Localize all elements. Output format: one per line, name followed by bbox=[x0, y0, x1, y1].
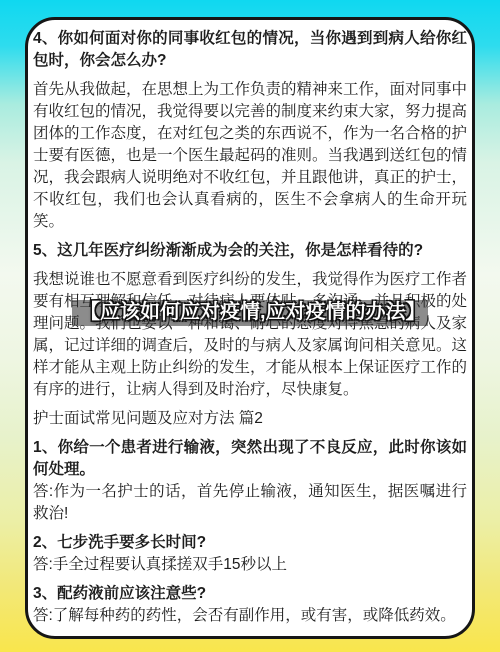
question-3-answer: 答:了解每种药的药性，会否有副作用，或有害，或降低药效。 bbox=[33, 605, 467, 627]
question-2-answer: 答:手全过程要认真揉搓双手15秒以上 bbox=[33, 554, 467, 576]
watermark-text: 【应该如何应对疫情,应对疫情的办法】 bbox=[80, 301, 426, 323]
question-3-title: 3、配药液前应该注意些? bbox=[33, 583, 467, 605]
page-background: 4、你如何面对你的同事收红包的情况，当你遇到到病人给你红包时，你会怎么办? 首先… bbox=[0, 0, 500, 652]
question-4-answer: 首先从我做起，在思想上为工作负责的精神来工作，面对同事中有收红包的情况，我觉得要… bbox=[33, 79, 467, 233]
question-4-title: 4、你如何面对你的同事收红包的情况，当你遇到到病人给你红包时，你会怎么办? bbox=[33, 28, 467, 72]
question-2-title: 2、七步洗手要多长时间? bbox=[33, 532, 467, 554]
watermark-overlay: 【应该如何应对疫情,应对疫情的办法】 bbox=[72, 300, 428, 326]
content-card: 4、你如何面对你的同事收红包的情况，当你遇到到病人给你红包时，你会怎么办? 首先… bbox=[25, 17, 475, 639]
question-5-answer: 我想说谁也不愿意看到医疗纠纷的发生，我觉得作为医疗工作者要有相互理解和信任，对待… bbox=[33, 269, 467, 401]
question-5-title: 5、这几年医疗纠纷渐渐成为会的关注，你是怎样看待的? bbox=[33, 240, 467, 262]
question-1-answer: 答:作为一名护士的话，首先停止输液，通知医生，据医嘱进行救治! bbox=[33, 481, 467, 525]
question-1-title: 1、你给一个患者进行输液，突然出现了不良反应，此时你该如何处理。 bbox=[33, 437, 467, 481]
part2-heading: 护士面试常见问题及应对方法 篇2 bbox=[33, 408, 467, 430]
